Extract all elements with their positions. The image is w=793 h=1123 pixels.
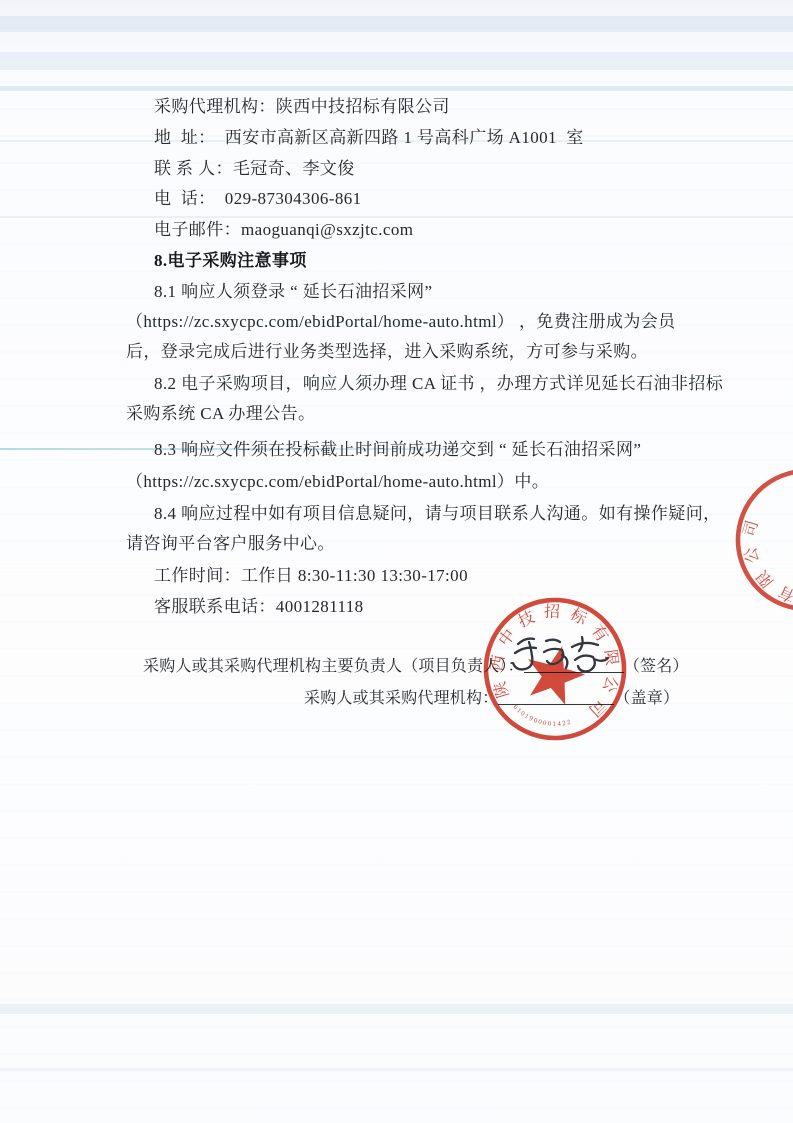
stamp-line [498, 689, 614, 705]
text-line-agency-name: 采购代理机构：陕西中技招标有限公司 [126, 96, 724, 120]
signature-line [524, 657, 624, 673]
text-line-8-1: 8.1 响应人须登录 “ 延长石油招采网” [126, 281, 724, 305]
text-line-8-1-url: （https://zc.sxycpc.com/ebidPortal/home-a… [126, 311, 696, 335]
seal-ring [722, 455, 793, 626]
text-line-8-1-cont: 后，登录完成后进行业务类型选择，进入采购系统，方可参与采购。 [126, 341, 696, 365]
signature-row-agency-stamp: 采购人或其采购代理机构：（盖章） [304, 687, 679, 709]
scan-artifact-band [0, 16, 793, 32]
agency-stamp-label: 采购人或其采购代理机构： [304, 690, 498, 707]
text-line-8-2-cont: 采购系统 CA 办理公告。 [126, 403, 696, 427]
scan-artifact-band [0, 1004, 793, 1014]
svg-text:陕西中技招标有限公司: 陕西中技招标有限公司 [731, 478, 793, 624]
scan-artifact-band [0, 86, 793, 91]
responsible-person-label: 采购人或其采购代理机构主要负责人（项目负责人）： [143, 658, 524, 675]
text-line-work-hours: 工作时间：工作日 8:30-11:30 13:30-17:00 [126, 565, 724, 589]
edge-seal-ring-text: 陕西中技招标有限公司 [731, 478, 793, 624]
sign-suffix: （签名） [624, 658, 689, 675]
text-line-8-4-cont: 请咨询平台客户服务中心。 [126, 533, 696, 557]
document-page: 采购代理机构：陕西中技招标有限公司 地 址： 西安市高新区高新四路 1 号高科广… [0, 0, 793, 1123]
scan-artifact-band [0, 52, 793, 70]
stamp-suffix: （盖章） [614, 690, 679, 707]
text-line-address: 地 址： 西安市高新区高新四路 1 号高科广场 A1001 室 [126, 127, 724, 151]
text-line-email: 电子邮件：maoguanqi@sxzjtc.com [126, 219, 724, 243]
signature-row-responsible-person: 采购人或其采购代理机构主要负责人（项目负责人）：（签名） [143, 655, 689, 677]
text-line-service-phone: 客服联系电话：4001281118 [126, 596, 724, 620]
scan-artifact-line [0, 1068, 793, 1071]
text-line-phone: 电 话： 029-87304306-861 [126, 188, 724, 212]
text-line-8-4: 8.4 响应过程中如有项目信息疑问，请与项目联系人沟通。如有操作疑问， [126, 503, 724, 527]
text-line-contacts: 联 系 人：毛冠奇、李文俊 [126, 158, 724, 182]
text-line-8-2: 8.2 电子采购项目，响应人须办理 CA 证书 ，办理方式详见延长石油非招标 [126, 373, 724, 397]
section8-heading: 8.电子采购注意事项 [126, 250, 724, 274]
text-line-8-3-url: （https://zc.sxycpc.com/ebidPortal/home-a… [126, 471, 696, 495]
text-line-8-3: 8.3 响应文件须在投标截止时间前成功递交到 “ 延长石油招采网” [126, 439, 724, 463]
scan-artifact-line [0, 216, 793, 218]
